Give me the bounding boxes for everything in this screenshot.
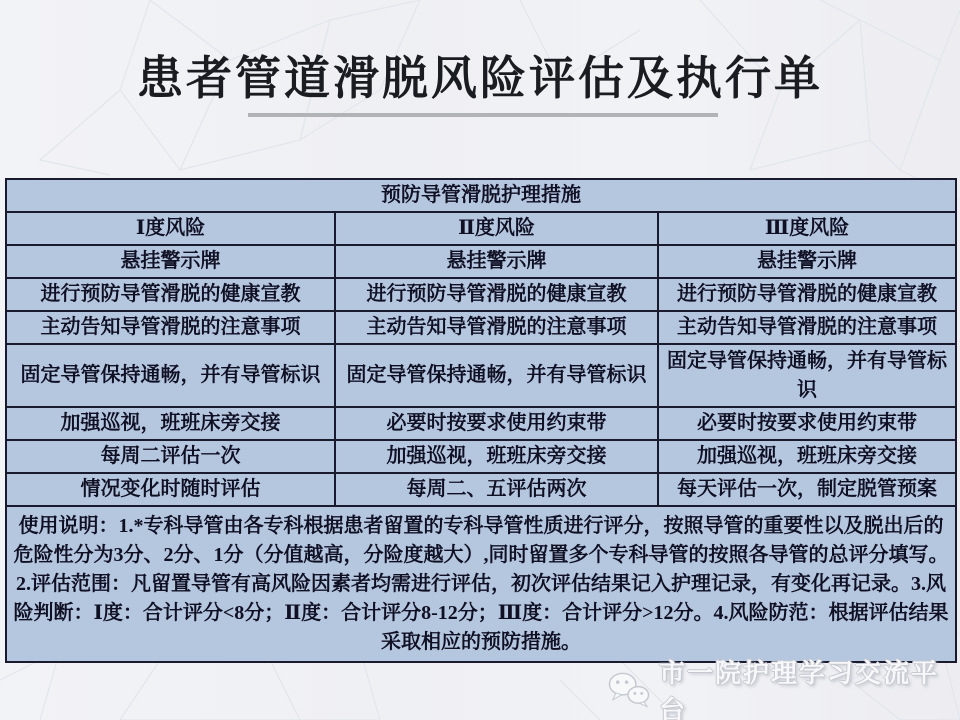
col-header-grade1: Ⅰ度风险 bbox=[6, 212, 335, 245]
table-cell: 悬挂警示牌 bbox=[335, 245, 658, 278]
table-cell: 主动告知导管滑脱的注意事项 bbox=[335, 311, 658, 344]
table-cell: 加强巡视，班班床旁交接 bbox=[6, 407, 335, 440]
usage-notes: 使用说明：1.*专科导管由各专科根据患者留置的专科导管性质进行评分，按照导管的重… bbox=[6, 506, 956, 662]
notes-row: 使用说明：1.*专科导管由各专科根据患者留置的专科导管性质进行评分，按照导管的重… bbox=[6, 506, 956, 662]
table-cell: 必要时按要求使用约束带 bbox=[658, 407, 956, 440]
table-cell: 进行预防导管滑脱的健康宣教 bbox=[658, 278, 956, 311]
table-cell: 每天评估一次，制定脱管预案 bbox=[658, 473, 956, 506]
col-header-grade2: Ⅱ度风险 bbox=[335, 212, 658, 245]
table-row: 情况变化时随时评估 每周二、五评估两次 每天评估一次，制定脱管预案 bbox=[6, 473, 956, 506]
column-header-row: Ⅰ度风险 Ⅱ度风险 Ⅲ度风险 bbox=[6, 212, 956, 245]
col-header-grade3: Ⅲ度风险 bbox=[658, 212, 956, 245]
table-cell: 加强巡视，班班床旁交接 bbox=[658, 440, 956, 473]
prevention-measures-table: 预防导管滑脱护理措施 Ⅰ度风险 Ⅱ度风险 Ⅲ度风险 悬挂警示牌 悬挂警示牌 悬挂… bbox=[5, 178, 957, 663]
table-cell: 进行预防导管滑脱的健康宣教 bbox=[335, 278, 658, 311]
wechat-icon bbox=[608, 671, 651, 709]
table-cell: 固定导管保持通畅，并有导管标识 bbox=[335, 344, 658, 407]
table-cell: 主动告知导管滑脱的注意事项 bbox=[658, 311, 956, 344]
table-row: 进行预防导管滑脱的健康宣教 进行预防导管滑脱的健康宣教 进行预防导管滑脱的健康宣… bbox=[6, 278, 956, 311]
table-cell: 主动告知导管滑脱的注意事项 bbox=[6, 311, 335, 344]
table-title-row: 预防导管滑脱护理措施 bbox=[6, 179, 956, 212]
table-row: 每周二评估一次 加强巡视，班班床旁交接 加强巡视，班班床旁交接 bbox=[6, 440, 956, 473]
table-cell: 必要时按要求使用约束带 bbox=[335, 407, 658, 440]
table-row: 主动告知导管滑脱的注意事项 主动告知导管滑脱的注意事项 主动告知导管滑脱的注意事… bbox=[6, 311, 956, 344]
table-cell: 进行预防导管滑脱的健康宣教 bbox=[6, 278, 335, 311]
table-cell: 加强巡视，班班床旁交接 bbox=[335, 440, 658, 473]
table-cell: 每周二评估一次 bbox=[6, 440, 335, 473]
table-row: 固定导管保持通畅，并有导管标识 固定导管保持通畅，并有导管标识 固定导管保持通畅… bbox=[6, 344, 956, 407]
table-row: 加强巡视，班班床旁交接 必要时按要求使用约束带 必要时按要求使用约束带 bbox=[6, 407, 956, 440]
table-cell: 每周二、五评估两次 bbox=[335, 473, 658, 506]
table-cell: 悬挂警示牌 bbox=[658, 245, 956, 278]
table-cell: 固定导管保持通畅，并有导管标识 bbox=[658, 344, 956, 407]
table-title-cell: 预防导管滑脱护理措施 bbox=[6, 179, 956, 212]
page-title: 患者管道滑脱风险评估及执行单 bbox=[0, 42, 960, 108]
platform-name: 市一院护理学习交流平台 bbox=[659, 653, 960, 720]
table-cell: 悬挂警示牌 bbox=[6, 245, 335, 278]
footer-watermark: 市一院护理学习交流平台 bbox=[608, 653, 960, 720]
table-cell: 情况变化时随时评估 bbox=[6, 473, 335, 506]
table-cell: 固定导管保持通畅，并有导管标识 bbox=[6, 344, 335, 407]
title-underline bbox=[248, 113, 718, 117]
table-row: 悬挂警示牌 悬挂警示牌 悬挂警示牌 bbox=[6, 245, 956, 278]
